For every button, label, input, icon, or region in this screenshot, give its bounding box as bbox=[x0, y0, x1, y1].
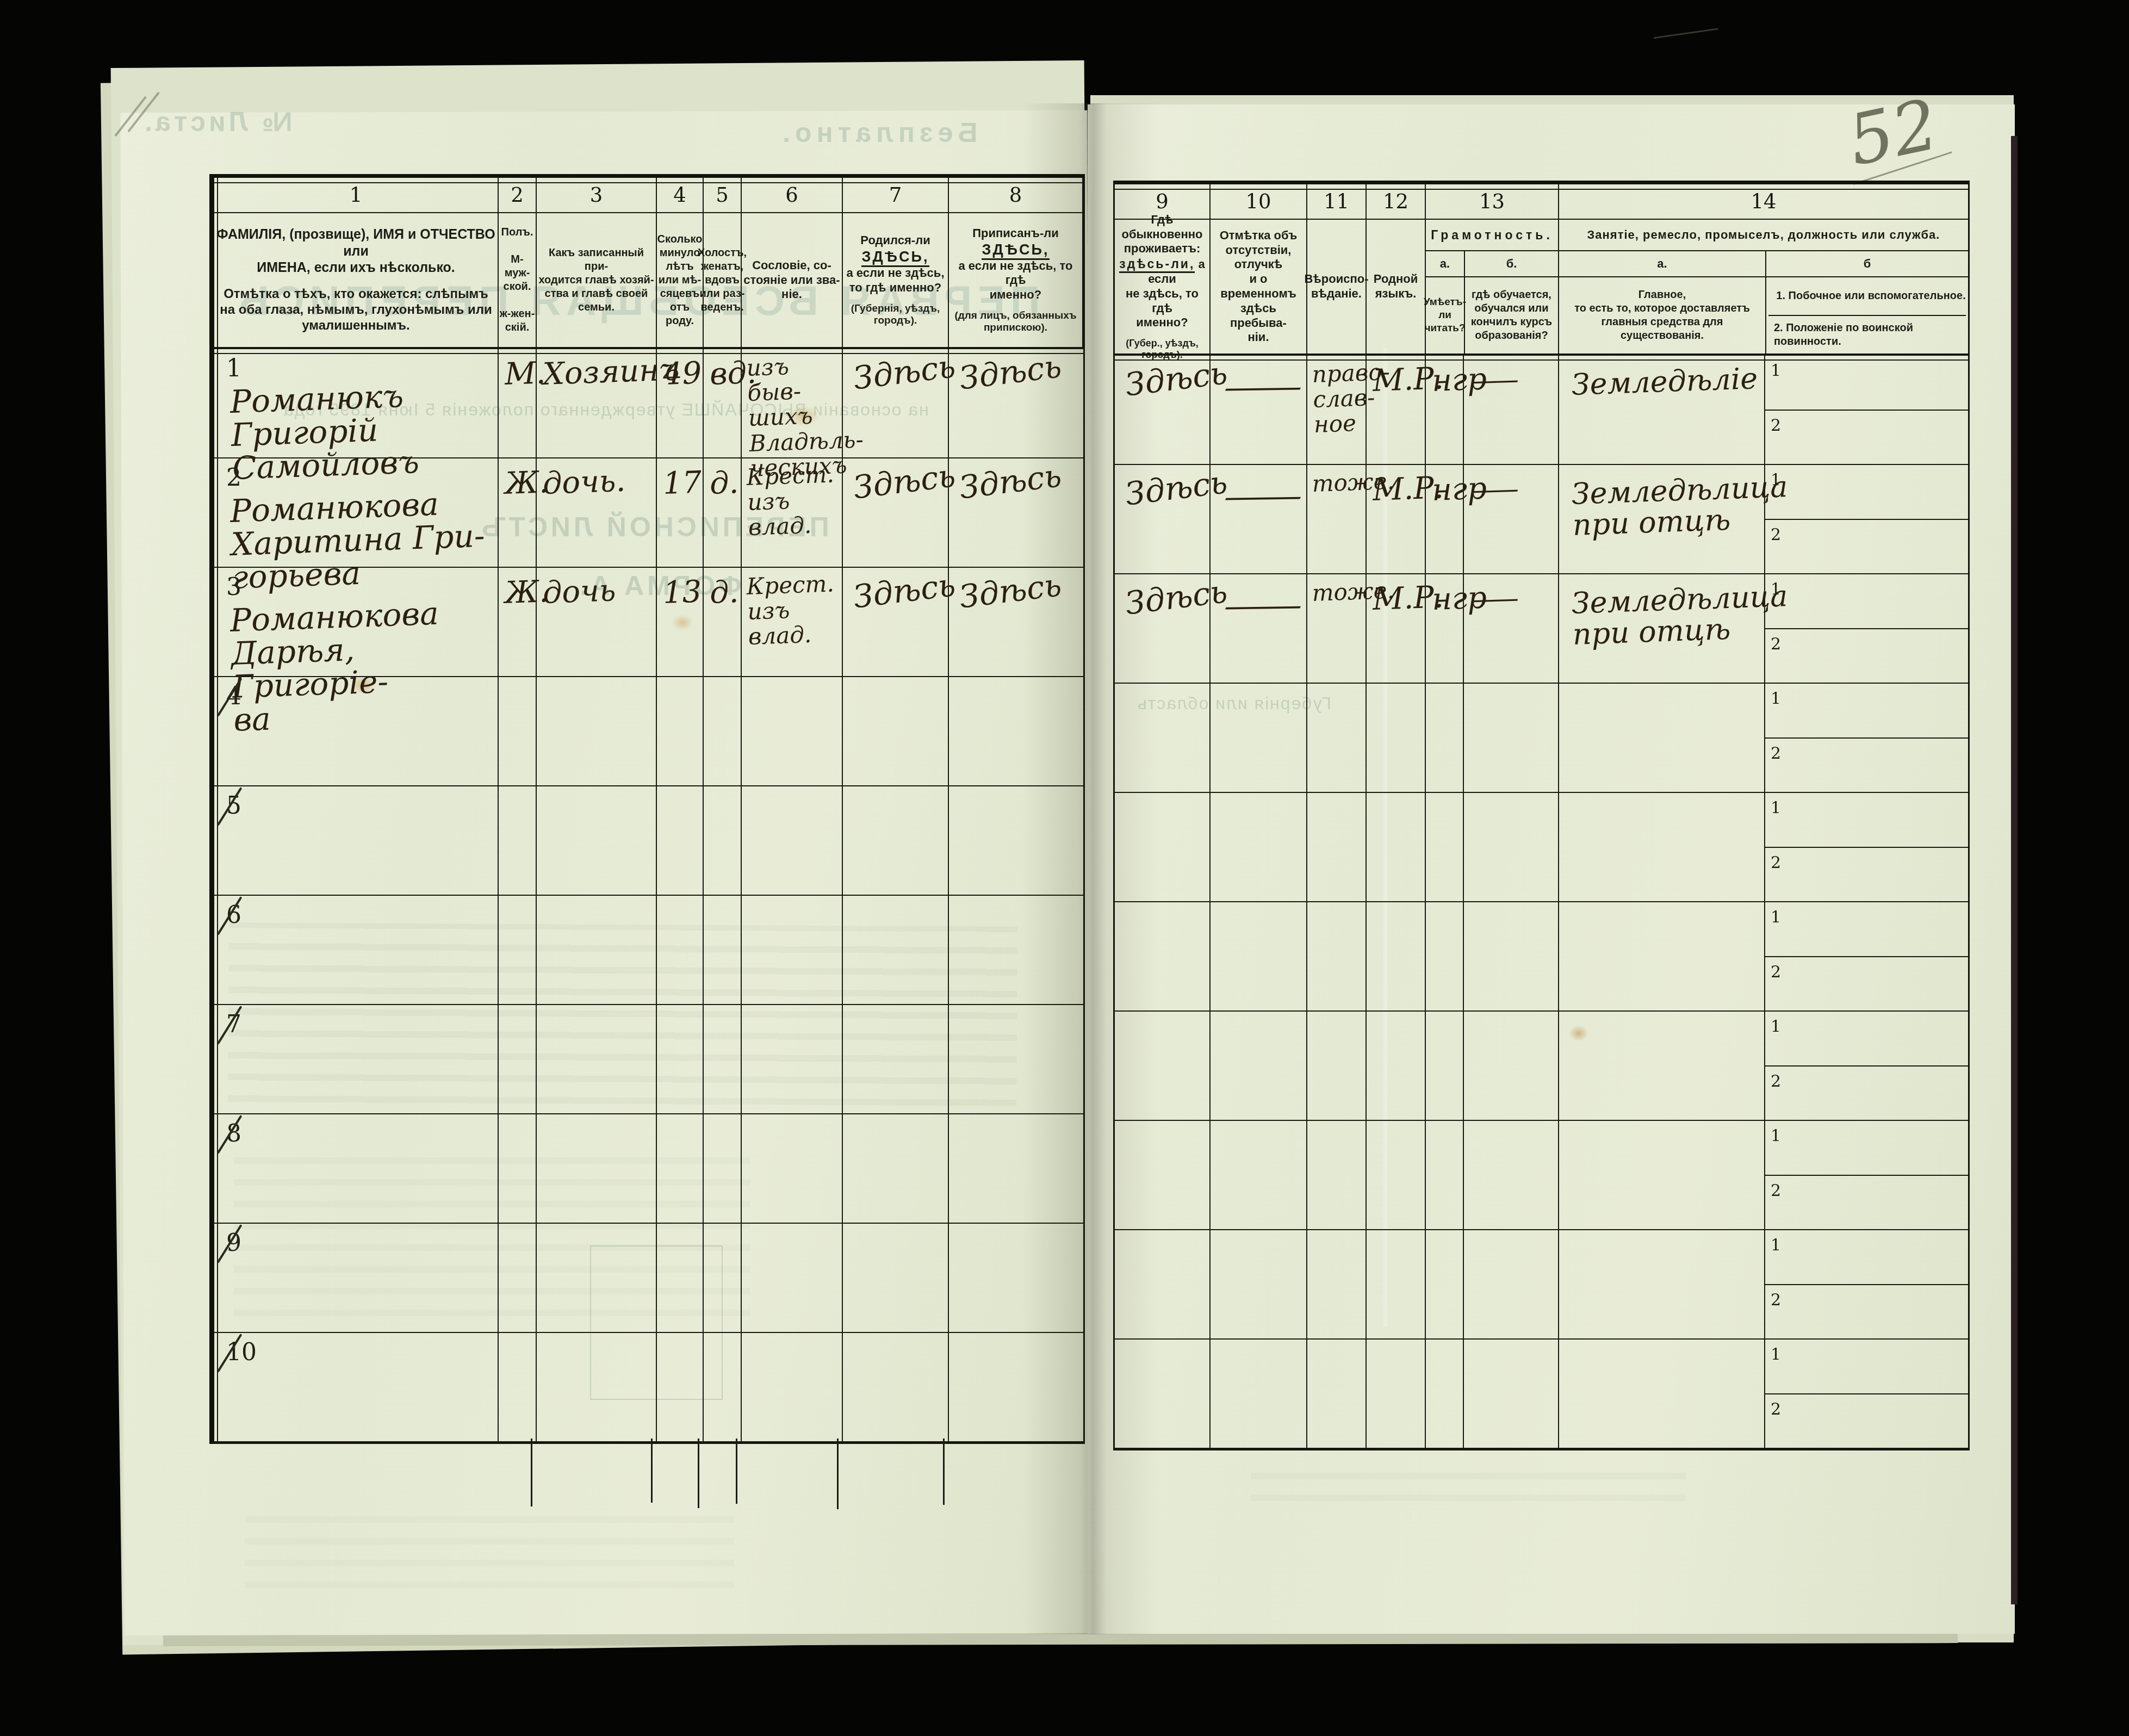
cell-born[interactable] bbox=[843, 1224, 949, 1333]
cell-main[interactable] bbox=[1559, 1340, 1765, 1449]
handwritten-religion bbox=[1312, 907, 1365, 909]
cell-marital[interactable] bbox=[704, 1224, 742, 1333]
cell-educated[interactable] bbox=[1464, 793, 1559, 902]
subrow-side2[interactable]: 2 bbox=[1765, 629, 1968, 683]
subrow-side1[interactable]: 1 bbox=[1765, 1340, 1968, 1394]
handwritten-language bbox=[1372, 1020, 1425, 1021]
cell-name[interactable]: 1Романюкъ Григорій Самойловъ bbox=[214, 349, 499, 458]
cell-registered[interactable] bbox=[949, 1224, 1083, 1333]
cell-reads[interactable] bbox=[1426, 1230, 1464, 1340]
cell-age[interactable] bbox=[657, 786, 704, 896]
cell-resides[interactable] bbox=[1115, 684, 1211, 793]
cell-occupation-side[interactable]: 12 bbox=[1765, 684, 1968, 793]
cell-reads[interactable]: нгр bbox=[1426, 465, 1464, 574]
handwritten-registered bbox=[958, 1003, 1082, 1018]
cell-marital[interactable] bbox=[704, 677, 742, 786]
cell-language[interactable] bbox=[1367, 793, 1426, 902]
cell-occupation-side[interactable]: 12 bbox=[1765, 574, 1968, 684]
handwritten-relation bbox=[542, 1339, 656, 1343]
cell-resides[interactable] bbox=[1115, 1121, 1211, 1230]
cell-relation[interactable] bbox=[537, 1333, 657, 1442]
cell-relation[interactable] bbox=[537, 896, 657, 1005]
handwritten-marital bbox=[709, 904, 741, 906]
cell-occupation-side[interactable]: 12 bbox=[1765, 1340, 1968, 1449]
rule-stub bbox=[736, 1439, 737, 1504]
handwritten-born bbox=[852, 1115, 947, 1127]
cell-sex[interactable]: Ж. bbox=[499, 458, 537, 568]
cell-estate[interactable] bbox=[742, 786, 843, 896]
cell-occupation-side[interactable]: 12 bbox=[1765, 793, 1968, 902]
cell-relation[interactable] bbox=[537, 677, 657, 786]
subrow-label: 2 bbox=[1771, 1291, 1781, 1310]
cell-religion[interactable] bbox=[1307, 902, 1367, 1012]
cell-name[interactable]: 3Романюкова Дарѣя, Григоріе- ва bbox=[214, 568, 499, 677]
subrow-label: 2 bbox=[1771, 635, 1781, 654]
cell-marital[interactable] bbox=[704, 786, 742, 896]
cell-educated[interactable]: — bbox=[1464, 356, 1559, 465]
cell-religion[interactable]: тоже. bbox=[1307, 465, 1367, 574]
header-note: (для лицъ, обязанныхъ припискою). bbox=[954, 310, 1076, 334]
cell-registered[interactable] bbox=[949, 1005, 1083, 1114]
cell-language[interactable]: М.Р. bbox=[1367, 356, 1426, 465]
pencil-mark bbox=[1653, 28, 1718, 39]
cell-name[interactable]: 2Романюкова Харитина Гри- горьева bbox=[214, 458, 499, 568]
cell-age[interactable]: 17 bbox=[657, 458, 704, 568]
cell-occupation-side[interactable]: 12 bbox=[1765, 1012, 1968, 1121]
cell-estate[interactable] bbox=[742, 1005, 843, 1114]
cell-reads[interactable] bbox=[1426, 902, 1464, 1012]
subrow-side2[interactable]: 2 bbox=[1765, 957, 1968, 1011]
subrow-side1[interactable]: 1 bbox=[1765, 574, 1968, 629]
handwritten-language: М.Р. bbox=[1372, 473, 1426, 507]
cell-educated[interactable]: — bbox=[1464, 574, 1559, 684]
cell-sex[interactable]: М. bbox=[499, 349, 537, 458]
header-emph: ЗДѢСЬ, bbox=[982, 241, 1049, 260]
cell-estate[interactable] bbox=[742, 896, 843, 1005]
subrow-side2[interactable]: 2 bbox=[1765, 1394, 1968, 1448]
cell-registered[interactable] bbox=[949, 786, 1083, 896]
cell-occupation-side[interactable]: 12 bbox=[1765, 356, 1968, 465]
handwritten-resides bbox=[1124, 1233, 1209, 1243]
cell-age[interactable]: 13 bbox=[657, 568, 704, 677]
handwritten-relation bbox=[542, 1011, 656, 1015]
cell-sex[interactable] bbox=[499, 677, 537, 786]
cell-marital[interactable] bbox=[704, 1333, 742, 1442]
subrow-side1[interactable]: 1 bbox=[1765, 1121, 1968, 1176]
handwritten-main bbox=[1571, 1347, 1764, 1354]
header-sex: Полъ. М-муж- ской. ж-жен- скій. bbox=[499, 213, 537, 349]
subrow-label: 1 bbox=[1771, 580, 1781, 599]
cell-absence[interactable] bbox=[1211, 902, 1307, 1012]
cell-name[interactable]: 4 bbox=[214, 677, 499, 786]
header-age: Сколько минуло лѣтъ или мѣ- сяцевъ отъ р… bbox=[657, 213, 704, 349]
cell-educated[interactable] bbox=[1464, 684, 1559, 793]
subrow-side2[interactable]: 2 bbox=[1765, 520, 1968, 574]
cell-marital[interactable]: вд. bbox=[704, 349, 742, 458]
subrow-side1[interactable]: 1 bbox=[1765, 1230, 1968, 1285]
cell-relation[interactable]: дочь bbox=[537, 568, 657, 677]
header-relation: Какъ записанный при- ходится главѣ хозяй… bbox=[537, 213, 657, 349]
cell-age[interactable] bbox=[657, 1005, 704, 1114]
cell-absence[interactable] bbox=[1211, 684, 1307, 793]
cell-registered[interactable]: Здѣсь bbox=[949, 458, 1083, 568]
handwritten-sex: Ж. bbox=[504, 576, 537, 610]
handwritten-relation: дочь bbox=[542, 574, 657, 610]
subrow-label: 1 bbox=[1771, 470, 1781, 489]
handwritten-language bbox=[1372, 1129, 1425, 1131]
handwritten-sex bbox=[504, 1342, 536, 1343]
header-residence: Гдѣ обыкновенно проживаетъ: здѣсь-ли, а … bbox=[1115, 220, 1211, 356]
subrow-side1[interactable]: 1 bbox=[1765, 793, 1968, 848]
handwritten-age bbox=[662, 1232, 703, 1233]
cell-name[interactable]: 8 bbox=[214, 1114, 499, 1224]
cell-absence[interactable] bbox=[1211, 1230, 1307, 1340]
handwritten-religion: тоже. bbox=[1312, 579, 1367, 606]
cell-sex[interactable] bbox=[499, 896, 537, 1005]
cell-language[interactable] bbox=[1367, 1121, 1426, 1230]
handwritten-age bbox=[662, 1341, 703, 1343]
cell-resides[interactable]: Здѣсь bbox=[1115, 574, 1211, 684]
handwritten-age: 17 bbox=[662, 467, 704, 500]
handwritten-registered bbox=[958, 675, 1082, 690]
cell-sex[interactable] bbox=[499, 1333, 537, 1442]
handwritten-estate: Крест. изъ влад. bbox=[746, 571, 845, 650]
cell-religion[interactable] bbox=[1307, 1121, 1367, 1230]
handwritten-estate bbox=[746, 1336, 842, 1340]
header-name-main: ФАМИЛІЯ, (прозвище), ИМЯ и ОТЧЕСТВО или … bbox=[214, 226, 498, 276]
header-emph: здѣсь-ли, bbox=[1119, 257, 1195, 273]
cell-resides[interactable] bbox=[1115, 1230, 1211, 1340]
handwritten-language: М.Р. bbox=[1372, 364, 1426, 398]
subrow-side2[interactable]: 2 bbox=[1765, 1067, 1968, 1120]
column-number: 2 bbox=[499, 178, 537, 213]
cell-name[interactable]: 7 bbox=[214, 1005, 499, 1114]
cell-language[interactable]: М.Р. bbox=[1367, 574, 1426, 684]
cell-main[interactable] bbox=[1559, 1121, 1765, 1230]
cell-reads[interactable]: нгр bbox=[1426, 574, 1464, 684]
cell-age[interactable] bbox=[657, 896, 704, 1005]
cell-absence[interactable]: — bbox=[1211, 465, 1307, 574]
handwritten-name bbox=[229, 1360, 498, 1369]
handwritten-main: Земледѣлица при отцѣ bbox=[1571, 582, 1766, 650]
row-number: 4 bbox=[226, 683, 241, 710]
cell-relation[interactable] bbox=[537, 1005, 657, 1114]
subrow-side1[interactable]: 1 bbox=[1765, 684, 1968, 739]
handwritten-relation bbox=[542, 1120, 656, 1124]
cell-occupation-side[interactable]: 12 bbox=[1765, 1121, 1968, 1230]
cell-educated[interactable] bbox=[1464, 1121, 1559, 1230]
cell-reads[interactable]: нгр bbox=[1426, 356, 1464, 465]
cell-language[interactable] bbox=[1367, 1340, 1426, 1449]
handwritten-language bbox=[1372, 910, 1425, 912]
handwritten-marital bbox=[709, 686, 741, 687]
header-estate: Сословіе, со- стояніе или зва- ніе. bbox=[742, 213, 843, 349]
cell-relation[interactable] bbox=[537, 1114, 657, 1224]
cell-occupation-side[interactable]: 12 bbox=[1765, 902, 1968, 1012]
cell-relation[interactable] bbox=[537, 1224, 657, 1333]
cell-resides[interactable] bbox=[1115, 793, 1211, 902]
handwritten-main bbox=[1571, 910, 1764, 916]
handwritten-age: 49 bbox=[662, 357, 704, 390]
cell-educated[interactable] bbox=[1464, 1230, 1559, 1340]
subrow-side2[interactable]: 2 bbox=[1765, 848, 1968, 902]
row-number: 6 bbox=[226, 901, 241, 929]
cell-name[interactable]: 5 bbox=[214, 786, 499, 896]
cell-religion[interactable] bbox=[1307, 1340, 1367, 1449]
cell-religion[interactable] bbox=[1307, 1230, 1367, 1340]
cell-born[interactable] bbox=[843, 677, 949, 786]
handwritten-marital bbox=[709, 795, 741, 796]
cell-main[interactable] bbox=[1559, 1230, 1765, 1340]
cell-relation[interactable]: Хозяинъ bbox=[537, 349, 657, 458]
cell-relation[interactable]: дочь. bbox=[537, 458, 657, 568]
cell-language[interactable] bbox=[1367, 684, 1426, 793]
subrow-side2[interactable]: 2 bbox=[1765, 1285, 1968, 1339]
handwritten-registered bbox=[958, 1331, 1082, 1346]
cell-reads[interactable] bbox=[1426, 1012, 1464, 1121]
cell-language[interactable] bbox=[1367, 1012, 1426, 1121]
cell-resides[interactable] bbox=[1115, 902, 1211, 1012]
handwritten-absence bbox=[1216, 1346, 1306, 1349]
handwritten-main bbox=[1571, 801, 1764, 807]
census-table-left: 1 2 3 4 5 6 7 8 ФАМИЛІЯ, (прозвище), ИМЯ… bbox=[209, 174, 1085, 1444]
cell-age[interactable] bbox=[657, 677, 704, 786]
cell-main[interactable]: Земледѣліе bbox=[1559, 356, 1765, 465]
row-number: 8 bbox=[226, 1120, 241, 1148]
subrow-label: 1 bbox=[1771, 361, 1781, 380]
cell-absence[interactable] bbox=[1211, 1340, 1307, 1449]
census-table-right: 9 10 11 12 13 14 Гдѣ обыкновенно прожива… bbox=[1113, 181, 1970, 1450]
cell-language[interactable] bbox=[1367, 1230, 1426, 1340]
handwritten-sex bbox=[504, 1232, 536, 1233]
cell-born[interactable]: Здѣсь bbox=[843, 568, 949, 677]
bleedthrough-smear bbox=[1251, 1468, 1686, 1501]
handwritten-age bbox=[662, 1013, 703, 1015]
cell-born[interactable] bbox=[843, 1333, 949, 1442]
cell-absence[interactable]: — bbox=[1211, 574, 1307, 684]
cell-main[interactable] bbox=[1559, 684, 1765, 793]
cell-registered[interactable]: Здѣсь bbox=[949, 349, 1083, 458]
cell-resides[interactable]: Здѣсь bbox=[1115, 356, 1211, 465]
subrow-side2[interactable]: 2 bbox=[1765, 739, 1968, 792]
handwritten-relation bbox=[542, 683, 656, 687]
header-literacy-a: Умѣетъ- ли читать? bbox=[1426, 277, 1465, 354]
cell-sex[interactable] bbox=[499, 1224, 537, 1333]
cell-educated[interactable]: — bbox=[1464, 465, 1559, 574]
cell-language[interactable]: М.Р. bbox=[1367, 465, 1426, 574]
header-language: Родной языкъ. bbox=[1367, 220, 1426, 356]
cell-sex[interactable] bbox=[499, 786, 537, 896]
handwritten-educated bbox=[1469, 690, 1558, 693]
cell-occupation-side[interactable]: 12 bbox=[1765, 465, 1968, 574]
cell-religion[interactable]: тоже. bbox=[1307, 574, 1367, 684]
header-birthplace: Родился-ли ЗДѢСЬ, а если не здѣсь, то гд… bbox=[843, 213, 949, 349]
cell-main[interactable]: Земледѣлица при отцѣ bbox=[1559, 574, 1765, 684]
handwritten-born bbox=[852, 678, 947, 690]
cell-main[interactable] bbox=[1559, 1012, 1765, 1121]
cell-age[interactable] bbox=[657, 1333, 704, 1442]
cell-born[interactable]: Здѣсь bbox=[843, 458, 949, 568]
cell-relation[interactable] bbox=[537, 786, 657, 896]
cell-born[interactable] bbox=[843, 896, 949, 1005]
handwritten-religion bbox=[1312, 689, 1365, 690]
cell-religion[interactable]: право- слав- ное bbox=[1307, 356, 1367, 465]
cell-absence[interactable] bbox=[1211, 1012, 1307, 1121]
handwritten-main bbox=[1571, 1129, 1764, 1135]
cell-main[interactable] bbox=[1559, 902, 1765, 1012]
cell-marital[interactable] bbox=[704, 1005, 742, 1114]
handwritten-age bbox=[662, 1123, 703, 1124]
cell-age[interactable]: 49 bbox=[657, 349, 704, 458]
handwritten-sex bbox=[504, 795, 536, 796]
cell-estate[interactable] bbox=[742, 1333, 843, 1442]
cell-estate[interactable]: Крест. изъ влад. bbox=[742, 568, 843, 677]
cell-educated[interactable] bbox=[1464, 902, 1559, 1012]
cell-resides[interactable] bbox=[1115, 1012, 1211, 1121]
header-note: (Губернія, уѣздъ, городъ). bbox=[843, 303, 948, 327]
cell-sex[interactable] bbox=[499, 1005, 537, 1114]
cell-reads[interactable] bbox=[1426, 1121, 1464, 1230]
column-number: 5 bbox=[704, 178, 742, 213]
handwritten-language bbox=[1372, 692, 1425, 693]
bleedthrough-free-label: Безплатно. bbox=[778, 117, 978, 148]
handwritten-absence bbox=[1216, 799, 1306, 803]
cell-estate[interactable] bbox=[742, 1224, 843, 1333]
cell-sex[interactable]: Ж. bbox=[499, 568, 537, 677]
cell-absence[interactable]: — bbox=[1211, 356, 1307, 465]
cell-age[interactable] bbox=[657, 1114, 704, 1224]
handwritten-relation bbox=[542, 1230, 656, 1233]
cell-registered[interactable] bbox=[949, 896, 1083, 1005]
cell-absence[interactable] bbox=[1211, 1121, 1307, 1230]
subrow-label: 2 bbox=[1771, 1400, 1781, 1419]
cell-estate[interactable] bbox=[742, 1114, 843, 1224]
cell-born[interactable] bbox=[843, 1005, 949, 1114]
row-number: 3 bbox=[226, 573, 241, 601]
page-fore-edge bbox=[2011, 136, 2018, 1604]
cell-educated[interactable] bbox=[1464, 1340, 1559, 1449]
subrow-side2[interactable]: 2 bbox=[1765, 1176, 1968, 1230]
cell-age[interactable] bbox=[657, 1224, 704, 1333]
handwritten-main: Земледѣлица при отцѣ bbox=[1571, 473, 1766, 541]
handwritten-registered bbox=[958, 894, 1082, 909]
row-number: 10 bbox=[226, 1338, 257, 1366]
subrow-label: 1 bbox=[1771, 1236, 1781, 1255]
handwritten-language: М.Р. bbox=[1372, 582, 1426, 616]
cell-reads[interactable] bbox=[1426, 793, 1464, 902]
cell-religion[interactable] bbox=[1307, 793, 1367, 902]
subrow-label: 2 bbox=[1771, 416, 1781, 435]
handwritten-religion: тоже. bbox=[1312, 470, 1367, 497]
handwritten-main bbox=[1571, 691, 1764, 698]
header-absence: Отмѣтка объ отсутствіи, отлучкѣ и о врем… bbox=[1211, 220, 1307, 356]
cell-language[interactable] bbox=[1367, 902, 1426, 1012]
subrow-side2[interactable]: 2 bbox=[1765, 411, 1968, 464]
handwritten-estate bbox=[746, 899, 842, 902]
cell-reads[interactable] bbox=[1426, 684, 1464, 793]
row-number: 2 bbox=[226, 464, 241, 492]
cell-registered[interactable] bbox=[949, 677, 1083, 786]
cell-name[interactable]: 10 bbox=[214, 1333, 499, 1442]
cell-estate[interactable] bbox=[742, 677, 843, 786]
handwritten-sex bbox=[504, 904, 536, 906]
handwritten-sex: Ж. bbox=[504, 467, 537, 500]
cell-name[interactable]: 6 bbox=[214, 896, 499, 1005]
cell-name[interactable]: 9 bbox=[214, 1224, 499, 1333]
cell-sex[interactable] bbox=[499, 1114, 537, 1224]
cell-registered[interactable] bbox=[949, 1114, 1083, 1224]
subrow-side1[interactable]: 1 bbox=[1765, 1012, 1968, 1067]
header-occupation: Занятіе, ремесло, промыселъ, должность и… bbox=[1559, 220, 1968, 356]
header-text: а если не здѣсь, то гдѣ именно? bbox=[949, 259, 1082, 302]
cell-born[interactable]: Здѣсь bbox=[843, 349, 949, 458]
handwritten-born bbox=[852, 897, 947, 909]
cell-marital[interactable] bbox=[704, 896, 742, 1005]
cell-born[interactable] bbox=[843, 1114, 949, 1224]
handwritten-estate bbox=[746, 680, 842, 684]
handwritten-resides bbox=[1124, 1342, 1209, 1353]
subrow-label: 2 bbox=[1771, 1072, 1781, 1091]
handwritten-name bbox=[229, 1032, 498, 1041]
cell-absence[interactable] bbox=[1211, 793, 1307, 902]
cell-religion[interactable] bbox=[1307, 1012, 1367, 1121]
cell-educated[interactable] bbox=[1464, 1012, 1559, 1121]
cell-main[interactable]: Земледѣлица при отцѣ bbox=[1559, 465, 1765, 574]
cell-resides[interactable]: Здѣсь bbox=[1115, 465, 1211, 574]
handwritten-relation bbox=[542, 902, 656, 906]
subrow-side1[interactable]: 1 bbox=[1765, 356, 1968, 411]
cell-marital[interactable]: д. bbox=[704, 458, 742, 568]
cell-born[interactable] bbox=[843, 786, 949, 896]
header-text: а если не здѣсь, то гдѣ именно? bbox=[846, 266, 944, 295]
handwritten-resides: Здѣсь bbox=[1124, 358, 1213, 402]
handwritten-relation bbox=[542, 792, 656, 796]
subrow-side1[interactable]: 1 bbox=[1765, 465, 1968, 520]
handwritten-age bbox=[662, 685, 703, 687]
header-literacy-b: гдѣ обучается, обучался или кончилъ курс… bbox=[1465, 277, 1558, 354]
column-number: 4 bbox=[657, 178, 704, 213]
cell-religion[interactable] bbox=[1307, 684, 1367, 793]
cell-registered[interactable]: Здѣсь bbox=[949, 568, 1083, 677]
cell-main[interactable] bbox=[1559, 793, 1765, 902]
subrow-side1[interactable]: 1 bbox=[1765, 902, 1968, 957]
header-text: не здѣсь, то гдѣ именно? bbox=[1115, 287, 1209, 330]
cell-reads[interactable] bbox=[1426, 1340, 1464, 1449]
cell-marital[interactable]: д. bbox=[704, 568, 742, 677]
cell-occupation-side[interactable]: 12 bbox=[1765, 1230, 1968, 1340]
subrow-label: 1 bbox=[1771, 798, 1781, 817]
cell-resides[interactable] bbox=[1115, 1340, 1211, 1449]
handwritten-marital bbox=[709, 1232, 741, 1233]
column-number: 10 bbox=[1211, 184, 1307, 220]
handwritten-resides bbox=[1124, 905, 1209, 915]
cell-estate[interactable]: Крест. изъ влад. bbox=[742, 458, 843, 568]
handwritten-language bbox=[1372, 801, 1425, 803]
handwritten-sex: М. bbox=[504, 358, 537, 391]
header-text: Гдѣ обыкновенно проживаетъ: bbox=[1115, 213, 1209, 256]
handwritten-marital: д. bbox=[709, 467, 742, 500]
header-sub-b: б bbox=[1766, 251, 1968, 276]
subrow-label: 2 bbox=[1771, 963, 1781, 982]
cell-estate[interactable]: изъ быв- шихъ Владѣль- ческихъ bbox=[742, 349, 843, 458]
cell-registered[interactable] bbox=[949, 1333, 1083, 1442]
bleedthrough-smear bbox=[245, 1501, 734, 1588]
handwritten-resides bbox=[1124, 796, 1209, 806]
column-number: 12 bbox=[1367, 184, 1426, 220]
handwritten-registered bbox=[958, 1112, 1082, 1127]
cell-marital[interactable] bbox=[704, 1114, 742, 1224]
handwritten-estate bbox=[746, 790, 842, 793]
